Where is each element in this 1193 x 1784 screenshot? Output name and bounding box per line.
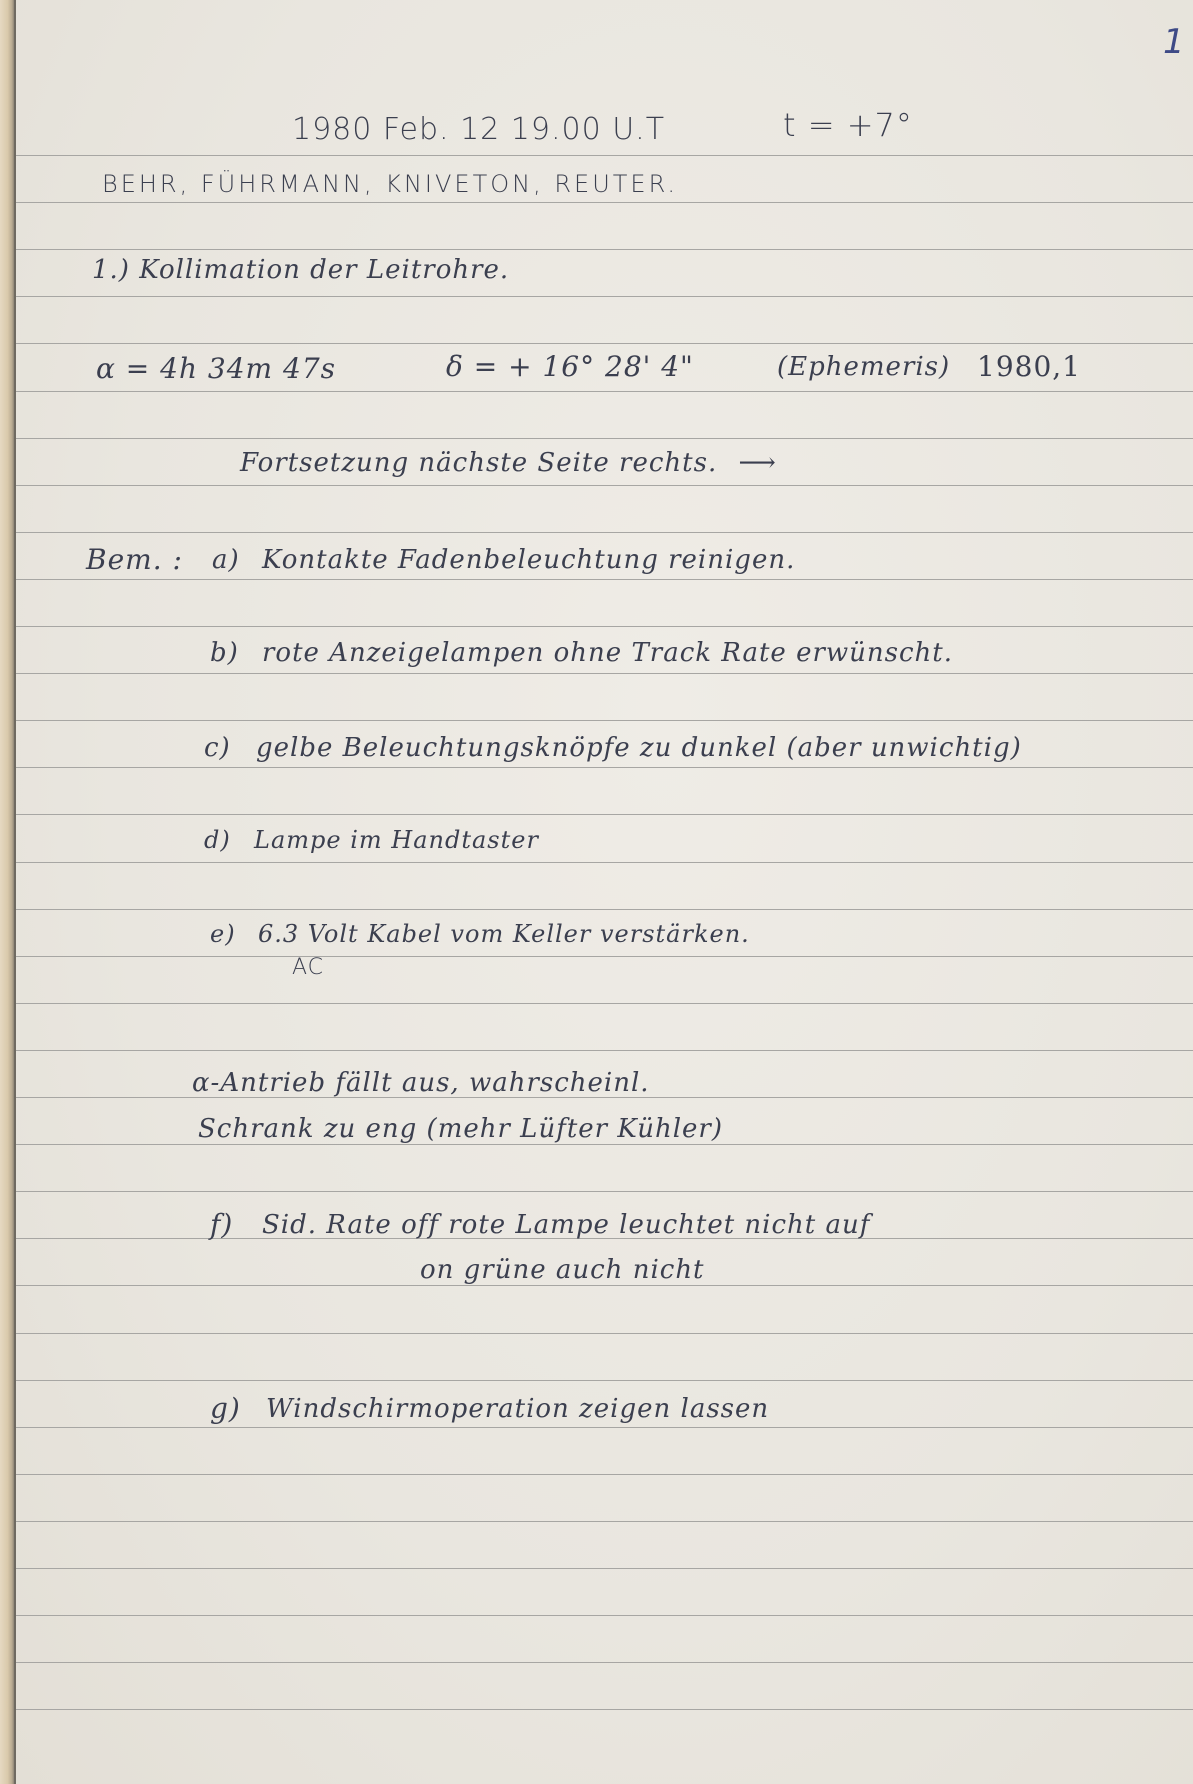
- ruled-line: [16, 814, 1193, 815]
- ruled-line: [16, 909, 1193, 910]
- ruled-line: [16, 1144, 1193, 1145]
- ruled-line: [16, 767, 1193, 768]
- remark-text: rote Anzeigelampen ohne Track Rate erwün…: [262, 638, 953, 668]
- right-arrow-icon: ⟶: [738, 448, 776, 478]
- item-f-label: f): [210, 1208, 233, 1241]
- continue-note-text: Fortsetzung nächste Seite rechts.: [240, 448, 717, 478]
- remark-label: d): [204, 826, 231, 854]
- declination: δ = + 16° 28' 4": [446, 350, 694, 383]
- header-date-time: 1980 Feb. 12 19.00 U.T: [292, 112, 665, 147]
- epoch: 1980,1: [977, 350, 1081, 383]
- right-ascension: α = 4h 34m 47s: [96, 352, 336, 385]
- ruled-line: [16, 296, 1193, 297]
- item-1-collimation: 1.) Kollimation der Leitrohre.: [92, 255, 509, 285]
- observer-names: BEHR, FÜHRMANN, KNIVETON, REUTER.: [102, 170, 678, 198]
- ruled-line: [16, 579, 1193, 580]
- header-temperature: t = +7°: [783, 106, 913, 144]
- ruled-line: [16, 155, 1193, 156]
- remark-label: e): [210, 920, 236, 948]
- remark-subscript: AC: [292, 955, 324, 980]
- remark-text: Lampe im Handtaster: [254, 826, 539, 854]
- remark-text: 6.3 Volt Kabel vom Keller verstärken.: [258, 920, 750, 948]
- item-g-text: Windschirmoperation zeigen lassen: [266, 1394, 769, 1424]
- ruled-line: [16, 1427, 1193, 1428]
- remark-label: c): [204, 733, 231, 763]
- ruled-line: [16, 1474, 1193, 1475]
- ruled-line: [16, 202, 1193, 203]
- ruled-line: [16, 1709, 1193, 1710]
- ruled-line: [16, 1521, 1193, 1522]
- remark-text: gelbe Beleuchtungsknöpfe zu dunkel (aber…: [256, 733, 1022, 763]
- ruled-line: [16, 249, 1193, 250]
- ruled-line: [16, 1662, 1193, 1663]
- ruled-line: [16, 532, 1193, 533]
- continue-note: Fortsetzung nächste Seite rechts. ⟶: [240, 448, 777, 478]
- ruled-line: [16, 438, 1193, 439]
- notebook-binding-edge: [0, 0, 14, 1784]
- ruled-line: [16, 1380, 1193, 1381]
- ruled-line: [16, 1615, 1193, 1616]
- ruled-line: [16, 485, 1193, 486]
- alpha-drive-note-line-1: α-Antrieb fällt aus, wahrscheinl.: [192, 1068, 650, 1098]
- ruled-line: [16, 1191, 1193, 1192]
- ruled-line: [16, 1003, 1193, 1004]
- remark-label: b): [210, 638, 239, 668]
- alpha-drive-note-line-2: Schrank zu eng (mehr Lüfter Kühler): [198, 1114, 723, 1144]
- ruled-line: [16, 1568, 1193, 1569]
- ruled-line: [16, 1285, 1193, 1286]
- ruled-line: [16, 1333, 1193, 1334]
- ruled-line: [16, 956, 1193, 957]
- item-g-label: g): [210, 1392, 241, 1425]
- ruled-line: [16, 626, 1193, 627]
- item-f-line-1: Sid. Rate off rote Lampe leuchtet nicht …: [262, 1210, 870, 1240]
- remarks-label: Bem. :: [86, 543, 183, 576]
- ruled-line: [16, 1050, 1193, 1051]
- ruled-line: [16, 720, 1193, 721]
- remark-text: Kontakte Fadenbeleuchtung reinigen.: [262, 545, 795, 575]
- ruled-line: [16, 391, 1193, 392]
- ruled-line: [16, 343, 1193, 344]
- page-number: 1: [1163, 22, 1185, 62]
- ruled-line: [16, 673, 1193, 674]
- remark-label: a): [212, 545, 240, 575]
- ruled-line: [16, 862, 1193, 863]
- coordinate-source: (Ephemeris): [777, 352, 950, 382]
- item-f-line-2: on grüne auch nicht: [420, 1255, 705, 1285]
